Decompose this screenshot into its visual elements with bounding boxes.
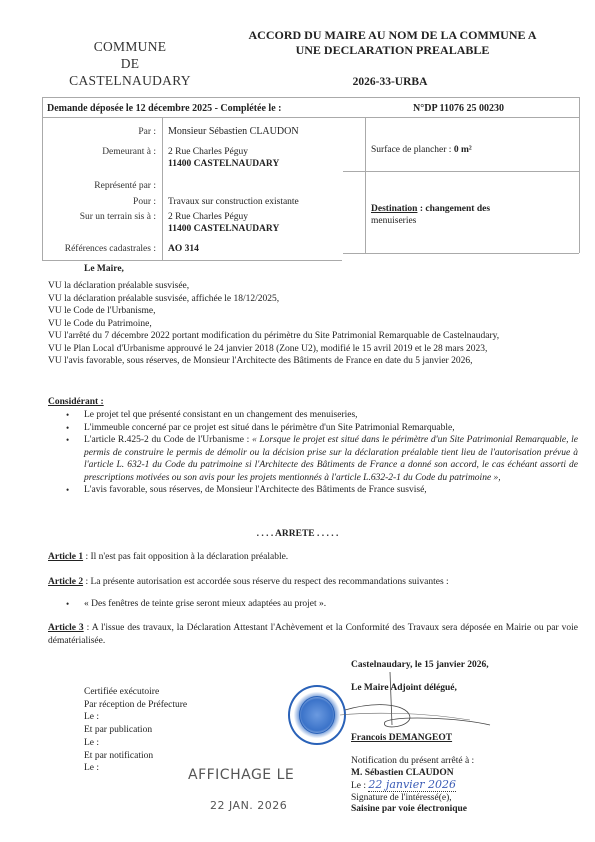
article-2-recommendations: « Des fenêtres de teinte grise seront mi…: [66, 598, 566, 611]
certification-line: Certifiée exécutoire: [84, 686, 187, 699]
considerant-list: Le projet tel que présenté consistant en…: [66, 409, 578, 497]
certification-line: Le :: [84, 711, 187, 724]
destination-label: Destination: [371, 204, 417, 214]
table-border-top: [42, 97, 580, 98]
destination-value-2: menuiseries: [371, 216, 416, 226]
arrete-heading: . . . . ARRETE . . . . .: [0, 528, 595, 541]
notification-le: Le :: [351, 781, 366, 791]
table-border-bottom-left: [42, 260, 342, 261]
considerant-item: L'immeuble concerné par ce projet est si…: [66, 422, 578, 435]
saisine: Saisine par voie électronique: [351, 804, 474, 816]
address-line: 2 Rue Charles Péguy: [168, 146, 279, 158]
commune-line: COMMUNE: [60, 38, 200, 55]
table-border-header: [42, 117, 580, 118]
article-3: Article 3 : A l'issue des travaux, la Dé…: [48, 622, 578, 647]
address-line: 11400 CASTELNAUDARY: [168, 223, 279, 235]
surface-plancher: Surface de plancher : 0 m²: [371, 145, 472, 155]
title-line: ACCORD DU MAIRE AU NOM DE LA COMMUNE A: [215, 28, 570, 43]
surface-label: Surface de plancher :: [371, 145, 451, 155]
certification-line: Le :: [84, 737, 187, 750]
considerant-item: L'article R.425-2 du Code de l'Urbanisme…: [66, 434, 578, 484]
table-border-left: [42, 97, 43, 260]
notification-block: Notification du présent arrêté à : M. Sé…: [351, 756, 474, 816]
notification-date-line: Le : 22 janvier 2026: [351, 779, 474, 793]
certification-block: Certifiée exécutoire Par réception de Pr…: [84, 686, 187, 775]
considerant-title: Considérant :: [48, 396, 104, 409]
commune-line: CASTELNAUDARY: [60, 72, 200, 89]
certification-line: Et par publication: [84, 724, 187, 737]
considerant-item: L'avis favorable, sous réserves, de Mons…: [66, 484, 578, 497]
commune-line: DE: [60, 55, 200, 72]
signature-icon: [340, 670, 540, 740]
table-border-bottom-right: [343, 253, 579, 254]
article-1: Article 1 : Il n'est pas fait opposition…: [48, 551, 578, 564]
surface-value: 0 m²: [454, 145, 472, 155]
value-demeurant: 2 Rue Charles Péguy 11400 CASTELNAUDARY: [168, 146, 279, 170]
label-cadastre: Références cadastrales :: [36, 244, 156, 254]
vu-item: VU le Code du Patrimoine,: [48, 318, 578, 331]
certification-line: Par réception de Préfecture: [84, 699, 187, 712]
notification-title: Notification du présent arrêté à :: [351, 756, 474, 768]
article-text: : La présente autorisation est accordée …: [83, 577, 449, 587]
dossier-number: N°DP 11076 25 00230: [413, 103, 504, 114]
table-border-mid-right: [343, 171, 579, 172]
label-pour: Pour :: [36, 197, 156, 207]
certification-line: Le :: [84, 762, 187, 775]
value-cadastre: AO 314: [168, 243, 199, 255]
label-par: Par :: [36, 127, 156, 137]
vu-list: VU la déclaration préalable susvisée, VU…: [48, 280, 578, 368]
value-terrain: 2 Rue Charles Péguy 11400 CASTELNAUDARY: [168, 211, 279, 235]
le-maire: Le Maire,: [84, 263, 124, 276]
article-2: Article 2 : La présente autorisation est…: [48, 576, 578, 589]
reference-number: 2026-33-URBA: [330, 76, 450, 88]
label-terrain: Sur un terrain sis à :: [36, 212, 156, 222]
commune-name: COMMUNE DE CASTELNAUDARY: [60, 38, 200, 89]
vu-item: VU la déclaration préalable susvisée,: [48, 280, 578, 293]
label-demeurant: Demeurant à :: [36, 147, 156, 157]
address-line: 11400 CASTELNAUDARY: [168, 158, 279, 170]
affichage-date: 22 JAN. 2026: [210, 799, 287, 812]
article-label: Article 1: [48, 552, 83, 562]
vu-item: VU la déclaration préalable susvisée, af…: [48, 293, 578, 306]
vu-item: VU l'arrêté du 7 décembre 2022 portant m…: [48, 330, 578, 343]
vu-item: VU l'avis favorable, sous réserves, de M…: [48, 355, 578, 368]
article-label: Article 2: [48, 577, 83, 587]
notification-date-handwritten: 22 janvier 2026: [368, 778, 456, 792]
certification-line: Et par notification: [84, 750, 187, 763]
table-divider-labels: [162, 118, 163, 260]
vu-item: VU le Plan Local d'Urbanisme approuvé le…: [48, 343, 578, 356]
article-text: : Il n'est pas fait opposition à la décl…: [83, 552, 288, 562]
value-par: Monsieur Sébastien CLAUDON: [168, 126, 299, 138]
signature-label: Signature de l'intéressé(e),: [351, 793, 474, 805]
seal-emblem-icon: [299, 696, 335, 734]
considerant-item: Le projet tel que présenté consistant en…: [66, 409, 578, 422]
article-text: : A l'issue des travaux, la Déclaration …: [48, 623, 578, 646]
destination-value: : changement des: [420, 204, 490, 214]
affichage-stamp: AFFICHAGE LE: [188, 767, 294, 783]
demande-date: Demande déposée le 12 décembre 2025 - Co…: [47, 103, 281, 114]
table-border-right: [579, 97, 580, 253]
label-represente: Représenté par :: [36, 181, 156, 191]
value-pour: Travaux sur construction existante: [168, 196, 299, 208]
town-seal-stamp: [288, 685, 346, 745]
vu-item: VU le Code de l'Urbanisme,: [48, 305, 578, 318]
destination: Destination : changement des menuiseries: [371, 203, 571, 227]
address-line: 2 Rue Charles Péguy: [168, 211, 279, 223]
title-line: UNE DECLARATION PREALABLE: [215, 43, 570, 58]
table-divider-right: [365, 118, 366, 253]
document-title: ACCORD DU MAIRE AU NOM DE LA COMMUNE A U…: [215, 28, 570, 58]
article-label: Article 3: [48, 623, 84, 633]
signatory-name: Francois DEMANGEOT: [351, 732, 452, 745]
recommendation-item: « Des fenêtres de teinte grise seront mi…: [66, 598, 566, 611]
